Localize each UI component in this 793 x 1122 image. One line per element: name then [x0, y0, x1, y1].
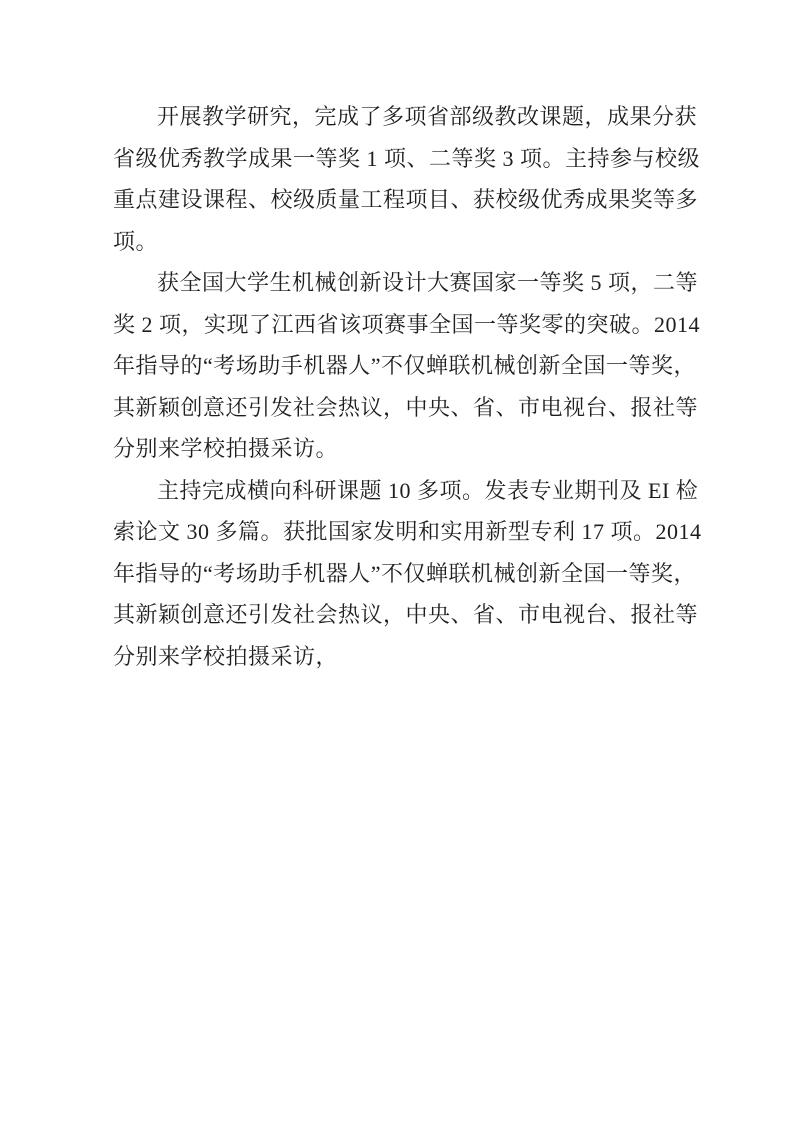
text-line: 其新颖创意还引发社会热议，中央、省、市电视台、报社等 [113, 387, 680, 429]
text-line: 开展教学研究，完成了多项省部级教改课题，成果分获 [113, 96, 680, 138]
text-line: 索论文 30 多篇。获批国家发明和实用新型专利 17 项。2014 [113, 511, 680, 553]
text-line: 其新颖创意还引发社会热议，中央、省、市电视台、报社等 [113, 594, 680, 636]
text-line: 奖 2 项，实现了江西省该项赛事全国一等奖零的突破。2014 [113, 304, 680, 346]
text-line: 获全国大学生机械创新设计大赛国家一等奖 5 项，二等 [113, 262, 680, 304]
text-line: 分别来学校拍摄采访， [113, 636, 680, 678]
text-line: 年指导的“考场助手机器人”不仅蝉联机械创新全国一等奖， [113, 345, 680, 387]
text-line: 重点建设课程、校级质量工程项目、获校级优秀成果奖等多 [113, 179, 680, 221]
text-line: 省级优秀教学成果一等奖 1 项、二等奖 3 项。主持参与校级 [113, 138, 680, 180]
text-line: 年指导的“考场助手机器人”不仅蝉联机械创新全国一等奖， [113, 553, 680, 595]
document-text-block: 开展教学研究，完成了多项省部级教改课题，成果分获 省级优秀教学成果一等奖 1 项… [113, 96, 680, 677]
text-line: 分别来学校拍摄采访。 [113, 428, 680, 470]
document-page: 开展教学研究，完成了多项省部级教改课题，成果分获 省级优秀教学成果一等奖 1 项… [0, 0, 793, 1122]
paragraph-teaching-achievements: 开展教学研究，完成了多项省部级教改课题，成果分获 省级优秀教学成果一等奖 1 项… [113, 96, 680, 262]
paragraph-research-output: 主持完成横向科研课题 10 多项。发表专业期刊及 EI 检 索论文 30 多篇。… [113, 470, 680, 678]
text-line: 主持完成横向科研课题 10 多项。发表专业期刊及 EI 检 [113, 470, 680, 512]
text-line: 项。 [113, 221, 680, 263]
paragraph-competition-awards: 获全国大学生机械创新设计大赛国家一等奖 5 项，二等 奖 2 项，实现了江西省该… [113, 262, 680, 470]
